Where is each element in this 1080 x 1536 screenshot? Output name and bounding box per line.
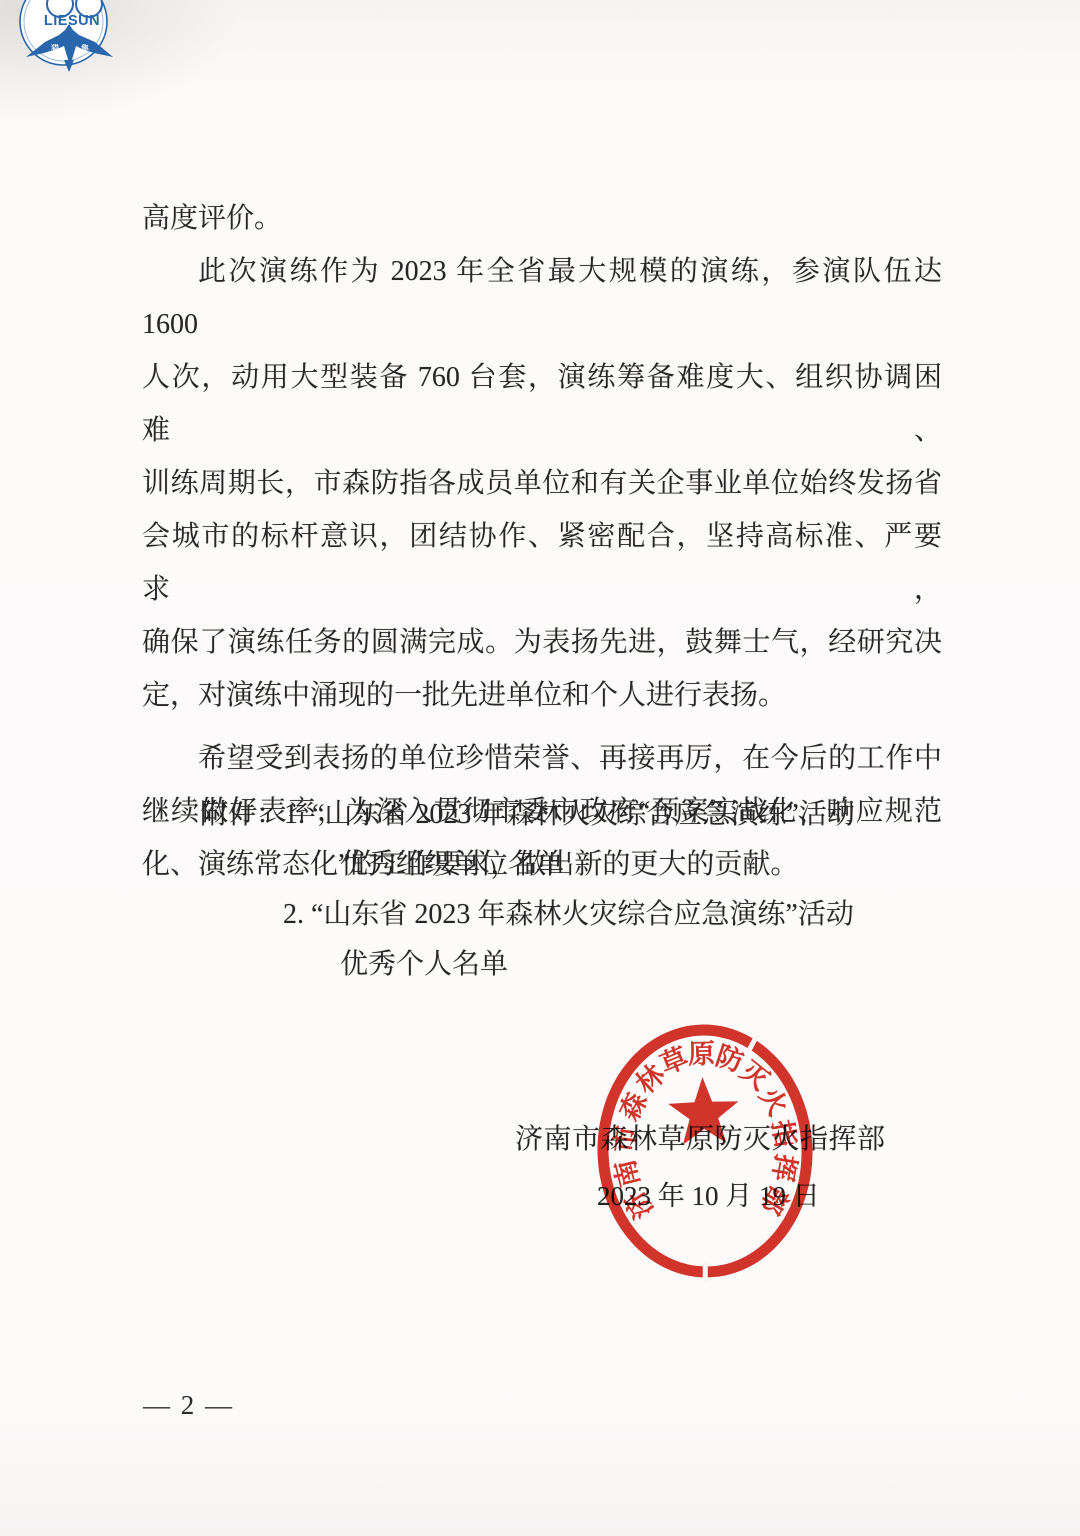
official-seal-stamp: 济南市森林草原防灭火指挥部 [585,1014,824,1288]
falcon-tail [64,60,74,72]
attachment-line-1: 附件：1. “山东省 2023 年森林火灾综合应急演练”活动 [200,790,855,840]
seal-char: 原 [688,1039,716,1070]
page-number: — 2 — [143,1390,234,1421]
seal-char: 挥 [767,1152,802,1184]
document-body: 高度评价。 此次演练作为 2023 年全省最大规模的演练，参演队伍达 1600 … [142,192,942,891]
body-line: 此次演练作为 2023 年全省最大规模的演练，参演队伍达 1600 [142,245,942,351]
body-line: 确保了演练任务的圆满完成。为表扬先进，鼓舞士气，经研究决 [142,616,942,669]
seal-char: 指 [766,1118,800,1150]
body-line: 会城市的标杆意识，团结协作、紧密配合，坚持高标准、严要求， [142,510,942,616]
attachment-line-2: 优秀组织单位名单 [340,840,564,890]
body-line: 希望受到表扬的单位珍惜荣誉、再接再厉，在今后的工作中 [142,732,942,785]
logo-wordmark: LIESUN [44,13,100,29]
body-line: 高度评价。 [142,192,942,245]
logo-char-left: 猎 [50,43,59,53]
liesun-badge-logo: LIESUN 猎 隼 [12,0,118,86]
document-page: { "page": { "number": "— 2 —" }, "logo":… [0,0,1080,1536]
seal-ring-gap [703,1263,708,1281]
body-line: 人次，动用大型装备 760 台套，演练筹备难度大、组织协调困难、 [142,351,942,457]
seal-char: 南 [610,1157,646,1190]
body-line: 训练周期长，市森防指各成员单位和有关企事业单位始终发扬省 [142,457,942,510]
attachment-line-4: 优秀个人名单 [340,940,508,990]
seal-char: 市 [609,1124,642,1154]
attachment-line-3: 2. “山东省 2023 年森林火灾综合应急演练”活动 [283,890,854,940]
logo-char-right: 隼 [81,43,89,53]
seal-star-icon [667,1076,740,1145]
body-line: 定，对演练中涌现的一批先进单位和个人进行表扬。 [142,669,942,722]
